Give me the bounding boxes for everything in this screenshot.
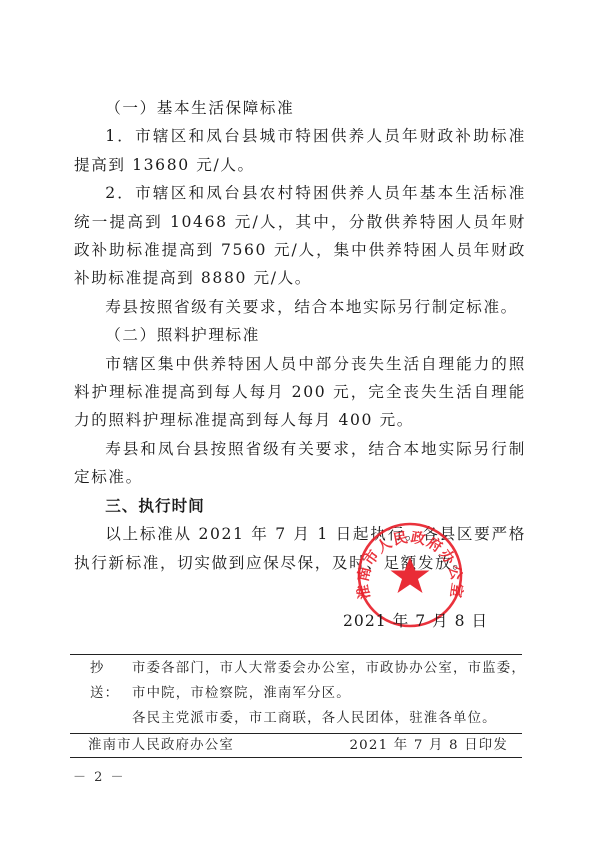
divider-bottom [70, 757, 522, 758]
divider-middle [70, 733, 522, 734]
star-icon [391, 557, 430, 593]
page-number: － 2 － [73, 766, 126, 785]
heading-effective-date: 三、执行时间 [74, 492, 526, 520]
cc-distribution: 抄送： 市委各部门，市人大常委会办公室，市政协办公室，市监委， 市中院，市检察院… [90, 656, 520, 731]
signature-date: 2021 年 7 月 8 日 [343, 609, 488, 631]
paragraph-shouxian-fengtai-standard: 寿县和凤台县按照省级有关要求，结合本地实际另行制定标准。 [74, 435, 526, 492]
issue-date: 2021 年 7 月 8 日印发 [349, 735, 508, 756]
subheading-basic-living: （一）基本生活保障标准 [74, 94, 526, 122]
cc-line: 市中院，市检察院，淮南军分区。 [132, 681, 526, 706]
document-page: （一）基本生活保障标准 1．市辖区和凤台县城市特困供养人员年财政补助标准提高到 … [0, 0, 600, 848]
subheading-care-standard: （二）照料护理标准 [74, 321, 526, 349]
cc-label: 抄送： [90, 656, 132, 731]
paragraph-care-subsidy: 市辖区集中供养特困人员中部分丧失生活自理能力的照料护理标准提高到每人每月 200… [74, 350, 526, 435]
cc-line: 市委各部门，市人大常委会办公室，市政协办公室，市监委， [132, 656, 526, 681]
issuer-name: 淮南市人民政府办公室 [88, 735, 234, 756]
issue-footer: 淮南市人民政府办公室 2021 年 7 月 8 日印发 [88, 735, 508, 756]
divider-top [70, 654, 522, 655]
document-body: （一）基本生活保障标准 1．市辖区和凤台县城市特困供养人员年财政补助标准提高到 … [74, 94, 526, 577]
paragraph-rural-subsidy: 2．市辖区和凤台县农村特困供养人员年基本生活标准统一提高到 10468 元/人，… [74, 179, 526, 293]
cc-recipients: 市委各部门，市人大常委会办公室，市政协办公室，市监委， 市中院，市检察院，淮南军… [132, 656, 526, 731]
cc-line: 各民主党派市委，市工商联，各人民团体，驻淮各单位。 [132, 706, 526, 731]
paragraph-shouxian-standard: 寿县按照省级有关要求，结合本地实际另行制定标准。 [74, 293, 526, 321]
paragraph-urban-subsidy: 1．市辖区和凤台县城市特困供养人员年财政补助标准提高到 13680 元/人。 [74, 122, 526, 179]
